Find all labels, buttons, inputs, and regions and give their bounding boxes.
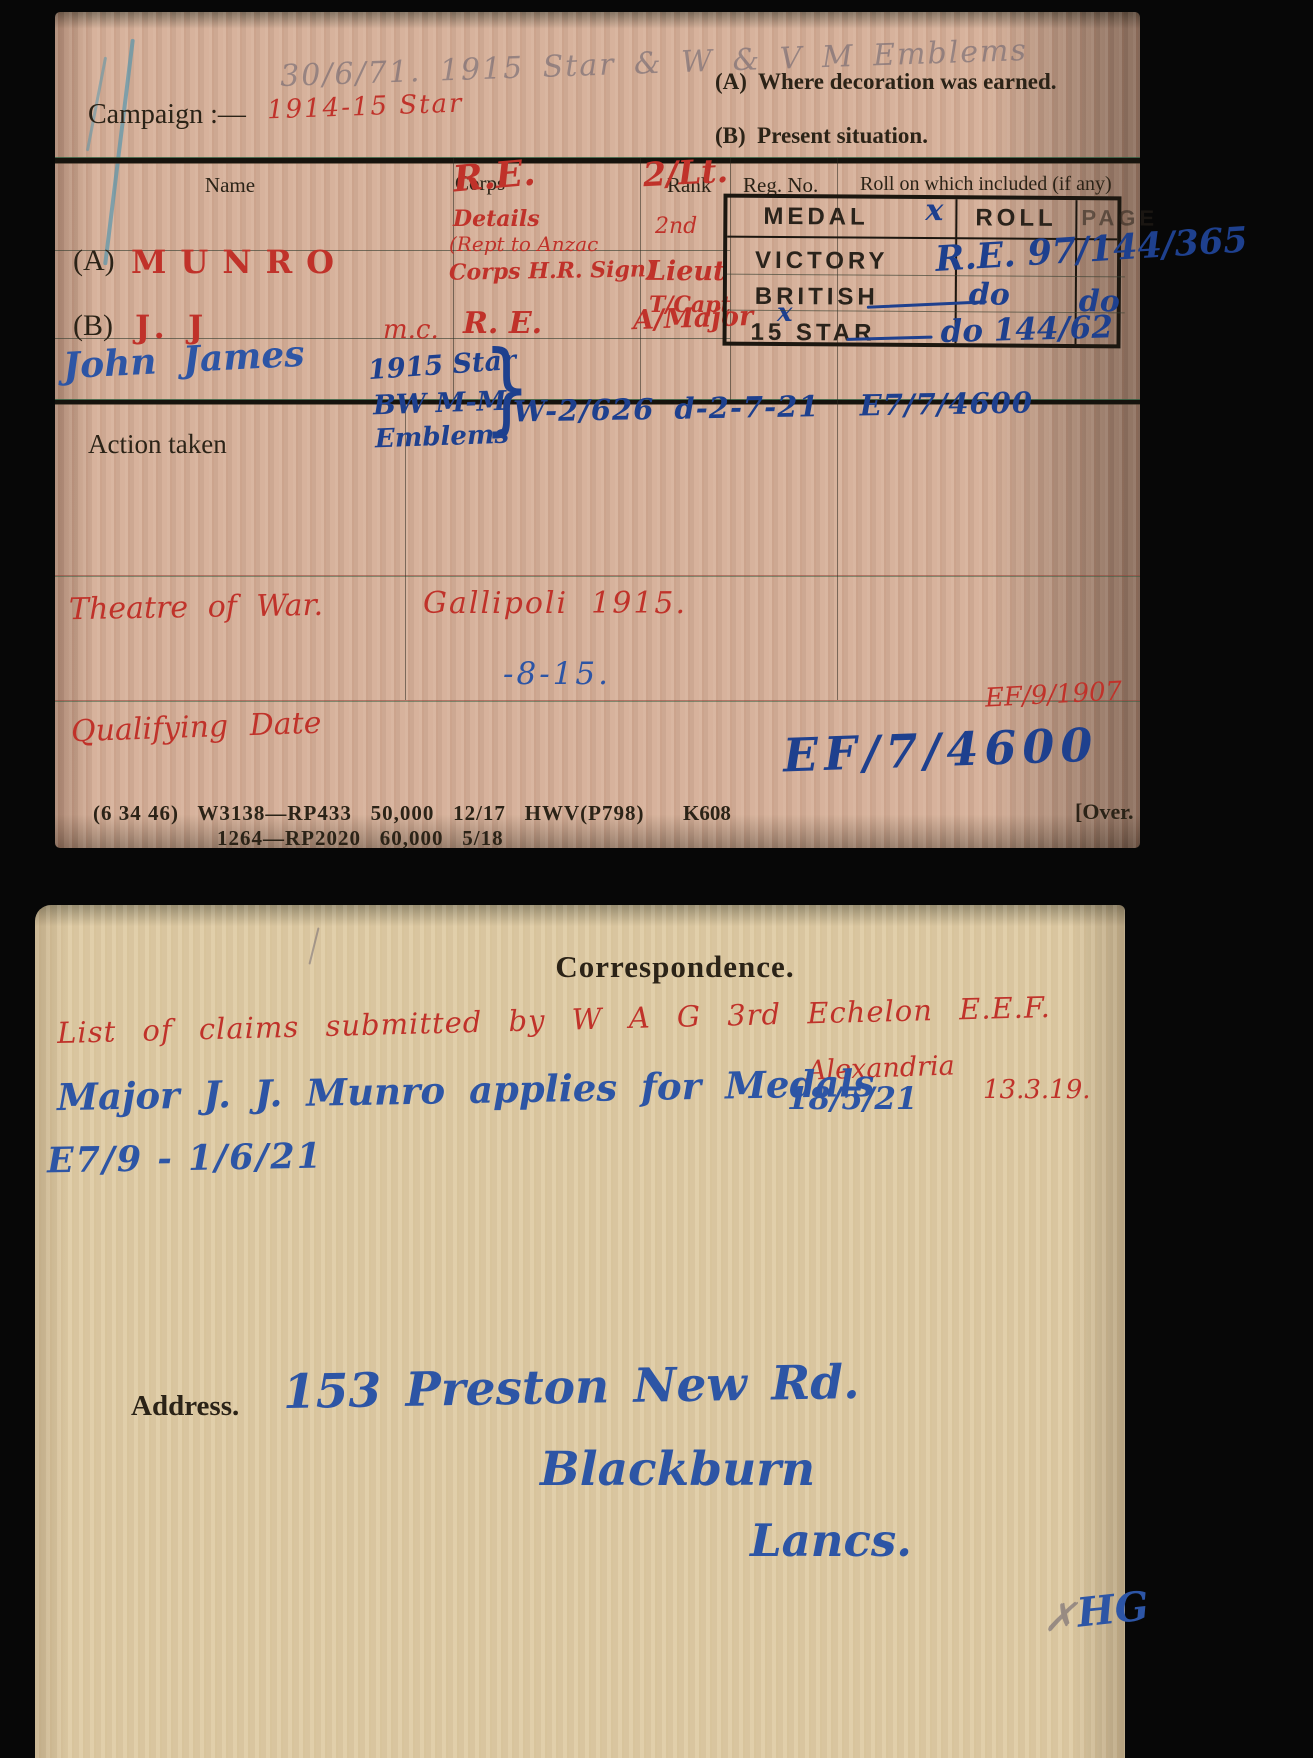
action-taken-label: Action taken <box>88 430 227 458</box>
row-b-prefix: (B) <box>73 310 113 342</box>
rank-entry: 2/Lt. <box>642 154 729 193</box>
print-code-k: K608 <box>683 802 731 824</box>
medal-index-card-back: Correspondence. List of claims submitted… <box>35 905 1125 1758</box>
claims-date-entry: 13.3.19. <box>983 1077 1091 1104</box>
ruled-line <box>55 700 1140 701</box>
col-header-roll: Roll on which included (if any) <box>860 174 1112 195</box>
surname-entry: MUNRO <box>131 246 348 280</box>
campaign-label: Campaign :— <box>88 100 246 129</box>
corps-entry: (Rept to Anzac <box>449 234 598 255</box>
claims-entry: List of claims submitted by W A G 3rd Ec… <box>57 992 1051 1048</box>
print-code-line2: 1264—RP2020 60,000 5/18 <box>217 827 504 849</box>
ruled-line <box>727 274 1125 278</box>
scan-backdrop: 30/6/71. 1915 Star & W & V M Emblems Cam… <box>0 0 1313 1758</box>
medal-index-card-front: 30/6/71. 1915 Star & W & V M Emblems Cam… <box>55 12 1140 848</box>
file-reference-entry: EF/7/4600 <box>782 721 1099 780</box>
address-line-3: Lancs. <box>750 1517 912 1564</box>
theatre-label: Theatre of War. <box>69 590 324 626</box>
forenames-entry: John James <box>62 336 305 386</box>
rank-entry: 2nd <box>655 215 697 238</box>
address-line-1: 153 Preston New Rd. <box>283 1358 860 1417</box>
address-line-2: Blackburn <box>540 1445 815 1494</box>
note-b: (B) Present situation. <box>715 124 928 148</box>
qualifying-date-label: Qualifying Date <box>71 708 322 748</box>
corps-entry: R.E. <box>452 154 537 199</box>
qualifying-ref-entry: EF/9/1907 <box>984 678 1122 712</box>
medals-claim-date: 18/5/21 <box>787 1083 918 1116</box>
box-header-roll: ROLL <box>975 205 1057 231</box>
theatre-value: Gallipoli 1915. <box>423 588 687 620</box>
note-a: (A) Where decoration was earned. <box>715 70 1057 94</box>
over-label: [Over. <box>1075 800 1133 823</box>
correspondence-title: Correspondence. <box>285 951 1065 984</box>
british-roll-entry: do <box>969 279 1010 311</box>
col-header-reg-no: Reg. No. <box>743 174 818 196</box>
medal-row-star: 15 STAR <box>750 320 875 346</box>
corps-entry: Corps H.R. Sign) <box>449 258 657 285</box>
row-a-prefix: (A) <box>73 245 115 277</box>
campaign-value: 1914-15 Star <box>267 91 464 125</box>
action-value: W-2/626 d-2-7-21 E7/7/4600 <box>513 387 1034 427</box>
qualifying-date-entry: -8-15. <box>503 658 611 691</box>
print-code-line1: (6 34 46) W3138—RP433 50,000 12/17 HWV(P… <box>93 802 645 824</box>
corps-entry: Details <box>453 208 540 231</box>
star-roll-entry: do 144/62 <box>940 311 1113 348</box>
teal-pencil-stroke <box>103 39 135 266</box>
rank-entry: Lieut <box>647 258 726 286</box>
decoration-entry: m.c. <box>383 317 439 344</box>
reference-entry: E7/9 - 1/6/21 <box>47 1139 324 1181</box>
box-header-medal: MEDAL <box>763 204 869 230</box>
medal-roll-stamp-box: MEDAL x ROLL PAGE VICTORY R.E. 97/144/36… <box>722 194 1121 349</box>
medals-claim-entry: Major J. J. Munro applies for Medals <box>57 1064 875 1117</box>
ruled-line <box>55 575 1140 576</box>
medal-row-victory: VICTORY <box>755 248 889 274</box>
clerk-initials: HG <box>1075 1585 1151 1634</box>
medal-row-british: BRITISH <box>755 284 879 310</box>
col-header-name: Name <box>155 174 305 196</box>
header-rule <box>55 158 1140 163</box>
pencil-cross-mark: ✗ <box>1043 1597 1077 1639</box>
ink-mark: x <box>925 195 943 227</box>
address-label: Address. <box>131 1391 239 1421</box>
